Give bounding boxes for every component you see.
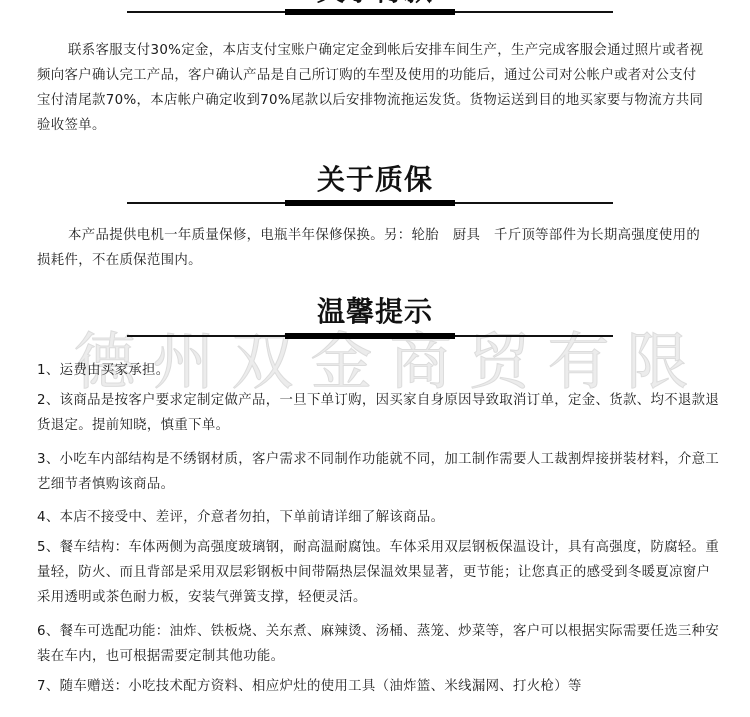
divider-thick-bar — [285, 9, 455, 15]
section-divider — [127, 9, 613, 15]
divider-thick-bar — [285, 200, 455, 206]
divider-thick-bar — [285, 333, 455, 339]
payment-paragraph: 联系客服支付30%定金，本店支付宝账户确定定金到帐后安排车间生产，生产完成客服会… — [37, 38, 709, 138]
section-title-payment: 关于付款 — [0, 0, 750, 8]
section-divider — [127, 333, 613, 339]
tip-item-5: 5、餐车结构：车体两侧为高强度玻璃钢，耐高温耐腐蚀。车体采用双层钢板保温设计，具… — [37, 535, 721, 610]
tip-item-2: 2、该商品是按客户要求定制定做产品，一旦下单订购，因买家自身原因导致取消订单，定… — [37, 388, 721, 438]
tip-item-7: 7、随车赠送：小吃技术配方资料、相应炉灶的使用工具（油炸篮、米线漏网、打火枪）等 — [37, 674, 721, 699]
tip-item-6: 6、餐车可选配功能：油炸、铁板烧、关东煮、麻辣烫、汤桶、蒸笼、炒菜等，客户可以根… — [37, 619, 721, 669]
section-divider — [127, 200, 613, 206]
section-title-warranty: 关于质保 — [0, 163, 750, 197]
warranty-paragraph: 本产品提供电机一年质量保修，电瓶半年保修保换。另：轮胎 厨具 千斤顶等部件为长期… — [37, 223, 709, 273]
section-title-tips: 温馨提示 — [0, 295, 750, 329]
tip-item-3: 3、小吃车内部结构是不绣钢材质，客户需求不同制作功能就不同，加工制作需要人工裁割… — [37, 447, 721, 497]
tip-item-4: 4、本店不接受中、差评，介意者勿拍，下单前请详细了解该商品。 — [37, 505, 721, 530]
tip-item-1: 1、运费由买家承担。 — [37, 358, 721, 383]
